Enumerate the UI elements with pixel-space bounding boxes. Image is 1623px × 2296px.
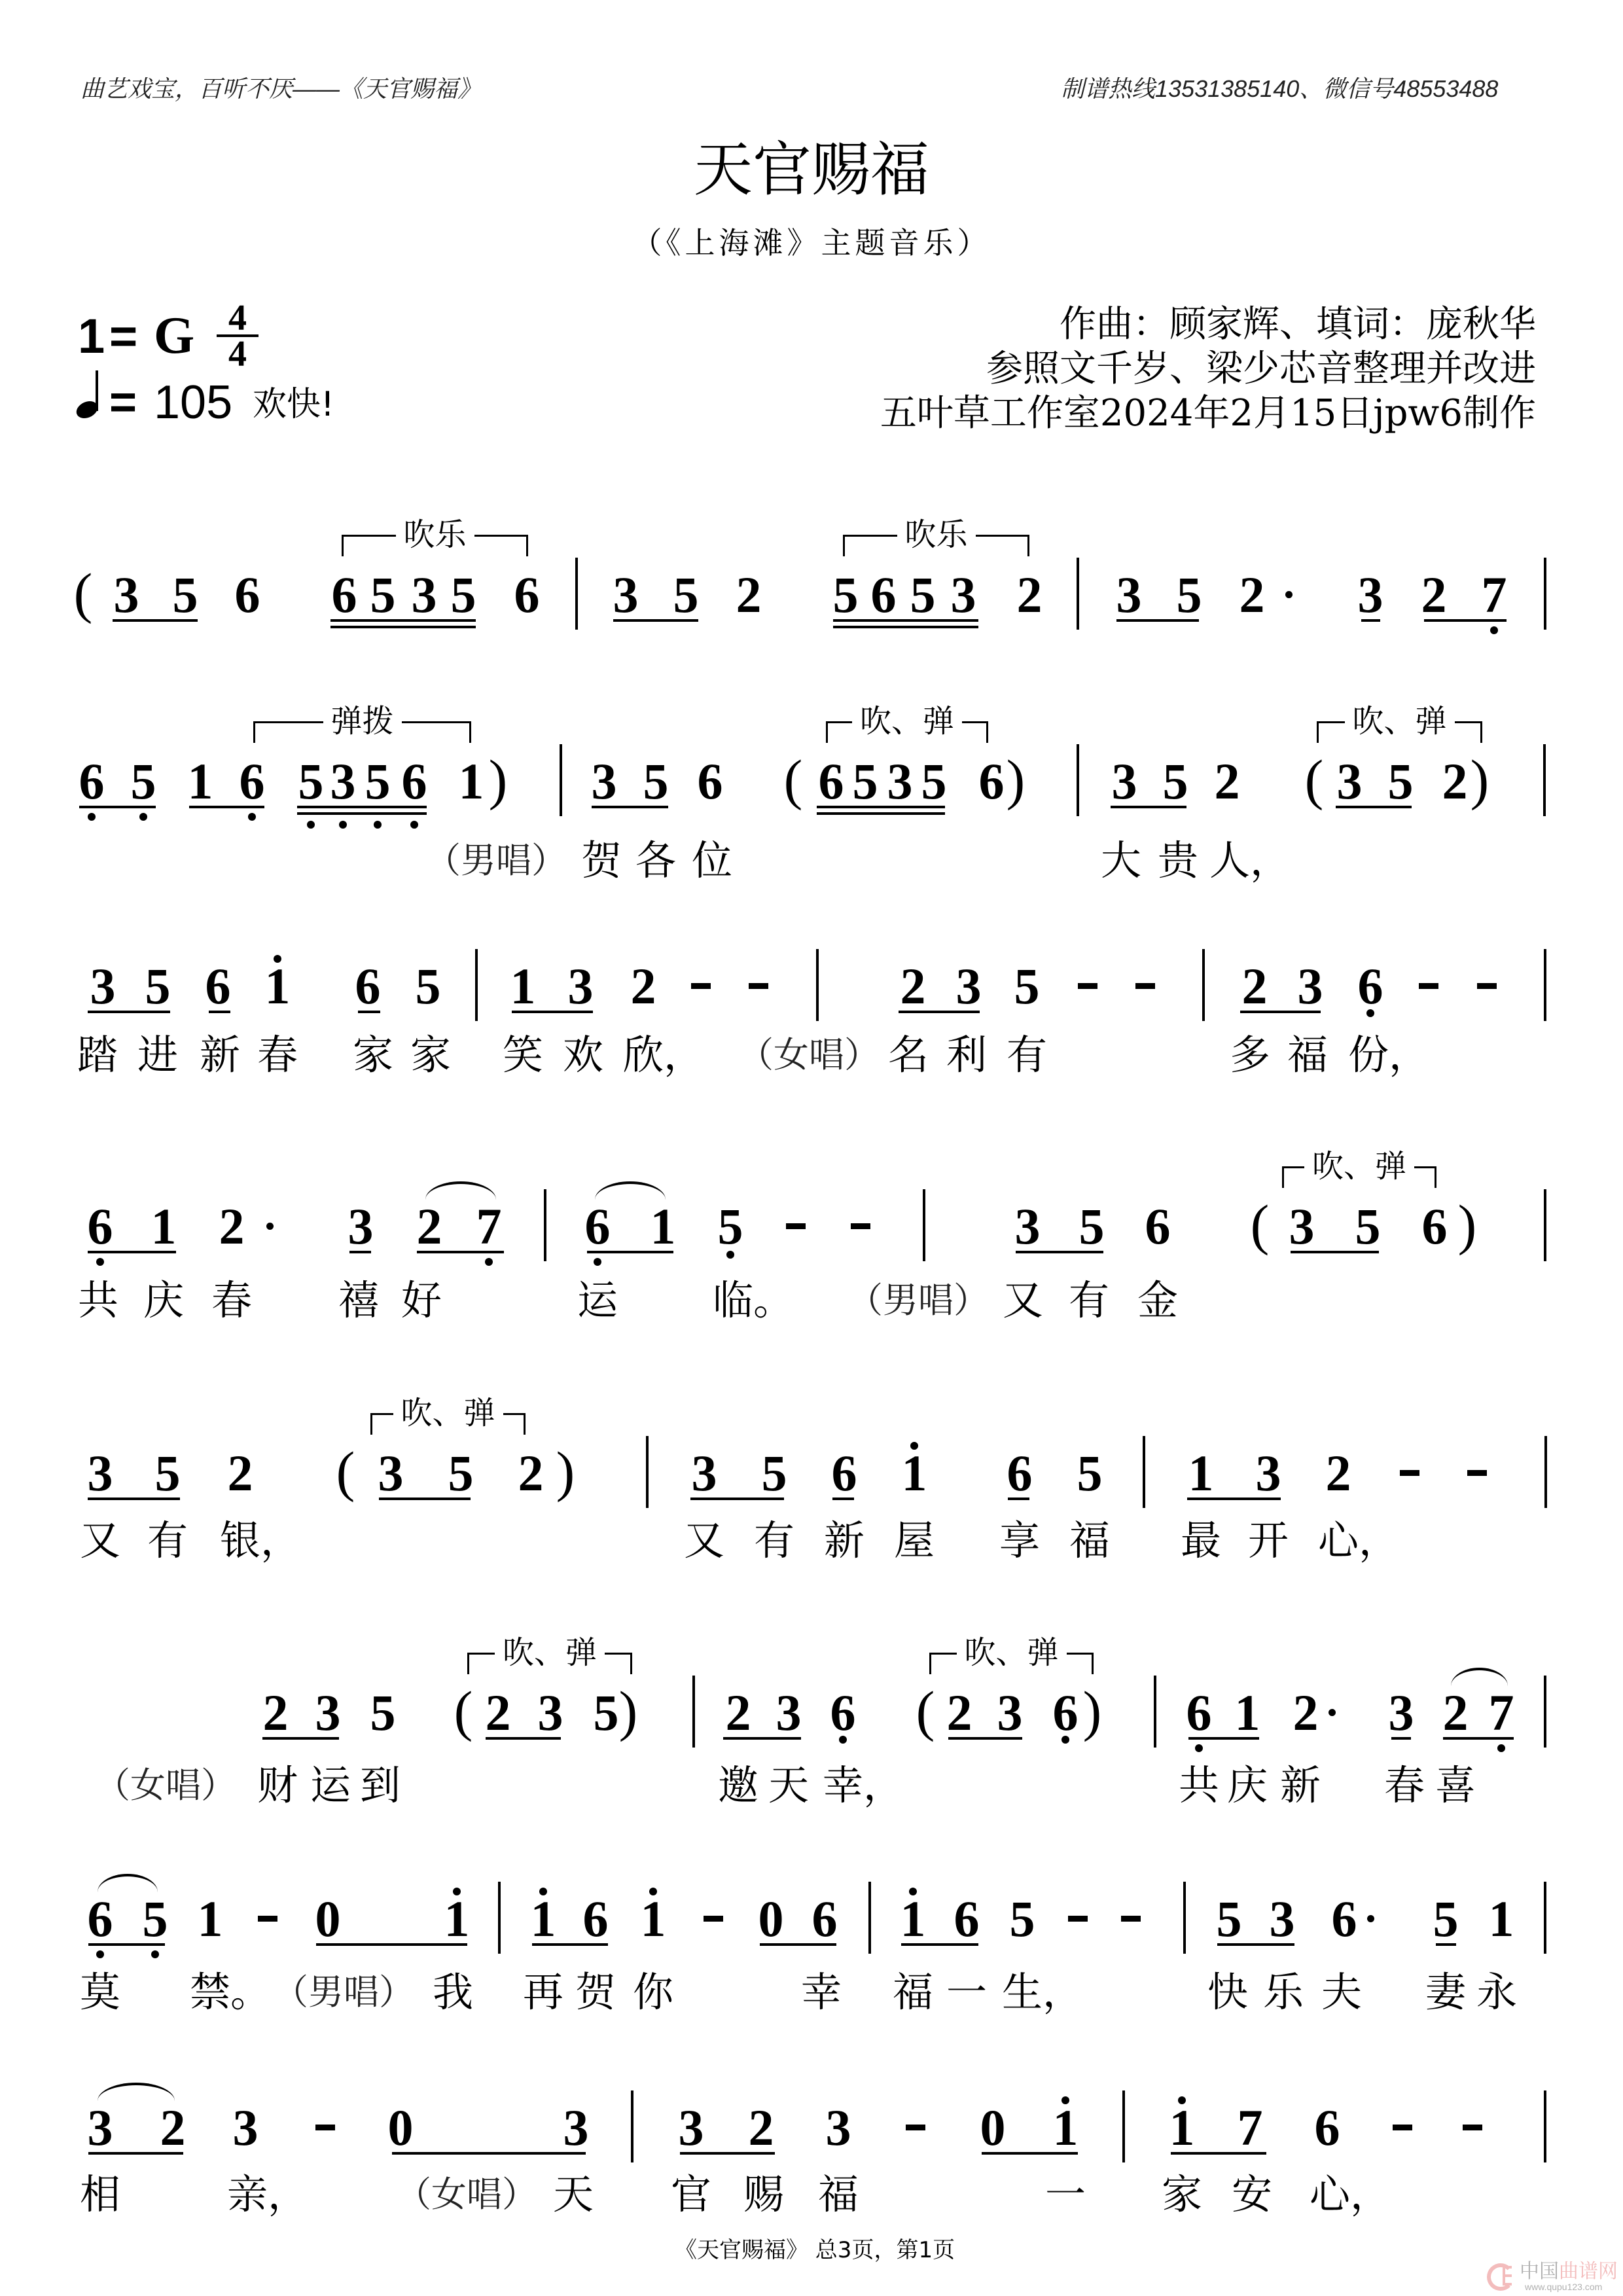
- barline: [1544, 1882, 1546, 1954]
- note: 6: [332, 569, 357, 620]
- barline: [475, 949, 478, 1021]
- lyric-char: 又: [1003, 1280, 1043, 1321]
- lyric-char: 幸，: [823, 1765, 904, 1806]
- barline: [1143, 1436, 1145, 1508]
- octave-dot-low: [96, 1258, 104, 1266]
- note: 5: [910, 569, 936, 620]
- note: 6: [812, 1893, 838, 1945]
- augmentation-dot: ·: [1285, 591, 1293, 598]
- bracket-paren: ): [556, 1443, 575, 1499]
- sustain-dash: -: [851, 1223, 870, 1229]
- note: 3: [348, 1201, 374, 1252]
- note: 3: [1112, 756, 1137, 807]
- note: 6: [1007, 1448, 1033, 1499]
- singer-role: （女唱）: [396, 2175, 537, 2214]
- octave-dot-low: [1497, 1744, 1505, 1752]
- note: 5: [853, 756, 878, 807]
- barline: [1202, 949, 1205, 1021]
- barline: [575, 558, 578, 630]
- note: 1: [531, 1893, 556, 1945]
- barline: [692, 1676, 695, 1748]
- note: 5: [370, 569, 396, 620]
- note: 1: [1489, 1893, 1514, 1945]
- lyric-char: 大: [1101, 840, 1141, 881]
- note: 3: [90, 961, 116, 1012]
- lyric-char: 夫: [1321, 1972, 1362, 2013]
- lyric-char: 一: [1045, 2174, 1086, 2215]
- note: 6: [88, 1201, 113, 1252]
- note: 3: [563, 2102, 589, 2153]
- note: 2: [1293, 1687, 1319, 1738]
- note: 0: [315, 1893, 341, 1945]
- lyric-char: 家: [410, 1035, 451, 1075]
- lyric-char: 欣，: [623, 1035, 704, 1075]
- augmentation-dot: ·: [1329, 1709, 1336, 1716]
- note: 5: [131, 756, 156, 807]
- note: 6: [355, 961, 381, 1012]
- lyric-char: 莫: [80, 1972, 120, 2013]
- barline: [1544, 558, 1546, 630]
- lyric-char: 新: [200, 1035, 240, 1075]
- bracket-right-hook: [976, 535, 1030, 556]
- augmentation-dot: ·: [1367, 1915, 1374, 1922]
- note: 5: [718, 1201, 743, 1252]
- note: 3: [826, 2102, 851, 2153]
- lyric-char: 享: [999, 1520, 1040, 1561]
- singer-role: （男唱）: [847, 1281, 989, 1320]
- note: 3: [330, 756, 356, 807]
- lyric-char: 各: [635, 840, 676, 881]
- note: 6: [830, 1687, 856, 1738]
- note: 3: [997, 1687, 1023, 1738]
- lyric-char: 位: [692, 840, 732, 881]
- note: 5: [1077, 1448, 1103, 1499]
- note: 2: [486, 1687, 511, 1738]
- sustain-dash: -: [1400, 1470, 1419, 1476]
- instrument-label: 吹乐: [396, 518, 474, 552]
- note: 5: [673, 569, 699, 620]
- instrument-bracket: 弹拨: [253, 704, 471, 750]
- lyric-char: 官: [671, 2174, 711, 2215]
- bracket-right-hook: [1455, 721, 1483, 743]
- bracket-left-hook: [253, 721, 323, 743]
- bracket-paren: (: [1305, 751, 1324, 808]
- barline: [631, 2090, 633, 2162]
- lyric-char: 春: [1384, 1765, 1425, 1806]
- bracket-paren: (: [74, 565, 93, 621]
- note: 3: [1289, 1201, 1315, 1252]
- lyric-char: 家: [353, 1035, 393, 1075]
- note: 5: [594, 1687, 619, 1738]
- lyric-char: 禁。: [190, 1972, 271, 2013]
- underline-beam: [833, 626, 978, 628]
- octave-dot-low: [726, 1251, 734, 1259]
- bracket-paren: ): [489, 751, 508, 808]
- barline: [1077, 744, 1079, 816]
- note: 2: [1443, 1687, 1469, 1738]
- note: 3: [1337, 756, 1363, 807]
- note: 0: [758, 1893, 784, 1945]
- lyric-char: 我: [433, 1972, 473, 2013]
- note: 7: [1482, 569, 1507, 620]
- note: 2: [726, 1687, 751, 1738]
- note: 1: [641, 1893, 666, 1945]
- note: 3: [378, 1448, 404, 1499]
- lyric-char: 财: [257, 1765, 298, 1806]
- note: 3: [88, 2102, 113, 2153]
- sustain-dash: -: [1419, 983, 1438, 989]
- note: 3: [951, 569, 976, 620]
- singer-role: （女唱）: [95, 1766, 236, 1805]
- lyric-char: 亲，: [227, 2174, 308, 2215]
- note: 3: [568, 961, 594, 1012]
- lyric-char: 人，: [1209, 840, 1291, 881]
- note: 6: [819, 756, 844, 807]
- bracket-paren: (: [454, 1683, 473, 1739]
- note: 6: [583, 1893, 609, 1945]
- instrument-bracket: 吹、弹: [1282, 1149, 1436, 1195]
- note: 6: [1186, 1687, 1212, 1738]
- lyric-char: 妻: [1425, 1972, 1466, 2013]
- note: 3: [887, 756, 913, 807]
- lyric-char: 新: [824, 1520, 865, 1561]
- lyric-char: 笑: [503, 1035, 543, 1075]
- note: 2: [1442, 756, 1468, 807]
- barline: [1543, 744, 1546, 816]
- lyric-char: 运: [577, 1280, 618, 1321]
- note: 5: [365, 756, 391, 807]
- lyric-char: 家: [1162, 2174, 1202, 2215]
- note: 5: [298, 756, 324, 807]
- lyric-char: 你: [633, 1972, 673, 2013]
- note: 3: [1116, 569, 1142, 620]
- watermark-name-a: 中国: [1520, 2260, 1559, 2283]
- note: 5: [416, 961, 441, 1012]
- note: 5: [1010, 1893, 1035, 1945]
- note: 2: [901, 961, 926, 1012]
- bracket-left-hook: [929, 1653, 957, 1674]
- lyric-char: 开: [1248, 1520, 1289, 1561]
- note: 6: [514, 569, 540, 620]
- bracket-right-hook: [402, 721, 472, 743]
- note: 5: [145, 961, 171, 1012]
- note: 3: [692, 1448, 717, 1499]
- lyric-char: 心，: [1318, 1520, 1399, 1561]
- lyric-char: 欢: [563, 1035, 603, 1075]
- jianpu-score: 吹乐吹乐(3566535635256532352·327弹拨吹、弹吹、弹6516…: [0, 0, 1623, 2296]
- note: 0: [980, 2102, 1006, 2153]
- note: 2: [631, 961, 656, 1012]
- note: 5: [1388, 756, 1414, 807]
- bracket-paren: ): [1458, 1196, 1477, 1253]
- note: 6: [954, 1893, 980, 1945]
- note: 6: [698, 756, 723, 807]
- note: 7: [1489, 1687, 1514, 1738]
- octave-dot-high: [1178, 2096, 1186, 2104]
- singer-role: （男唱）: [425, 841, 567, 880]
- note: 1: [265, 961, 291, 1012]
- sustain-dash: -: [1068, 1916, 1088, 1922]
- note: 6: [1315, 2102, 1340, 2153]
- instrument-label: 吹、弹: [495, 1636, 605, 1670]
- bracket-right-hook: [605, 1653, 632, 1674]
- note: 5: [370, 1687, 396, 1738]
- lyric-char: 春: [211, 1280, 252, 1321]
- instrument-bracket: 吹、弹: [1317, 704, 1482, 750]
- watermark-name-b: 曲谱网: [1559, 2260, 1618, 2283]
- lyric-char: 安: [1232, 2174, 1272, 2215]
- bracket-paren: (: [336, 1443, 355, 1499]
- barline: [1077, 558, 1079, 630]
- lyric-char: 心，: [1310, 2174, 1391, 2215]
- note: 5: [1433, 1893, 1459, 1945]
- instrument-label: 吹、弹: [1304, 1149, 1414, 1183]
- bracket-right-hook: [1067, 1653, 1094, 1674]
- note: 6: [832, 1448, 857, 1499]
- lyric-char: 有: [1007, 1035, 1047, 1075]
- octave-dot-low: [1366, 1009, 1374, 1017]
- bracket-left-hook: [370, 1413, 393, 1435]
- note: 0: [388, 2102, 414, 2153]
- bracket-paren: ): [619, 1683, 638, 1739]
- sustain-dash: -: [1467, 1470, 1487, 1476]
- bracket-right-hook: [962, 721, 988, 743]
- note: 5: [1163, 756, 1188, 807]
- lyric-char: 福: [893, 1972, 933, 2013]
- lyric-char: 贺: [581, 840, 622, 881]
- note: 3: [1389, 1687, 1414, 1738]
- note: 1: [188, 756, 213, 807]
- instrument-label: 吹、弹: [393, 1396, 503, 1430]
- note: 2: [228, 1448, 253, 1499]
- note: 5: [1217, 1893, 1242, 1945]
- barline: [560, 744, 562, 816]
- instrument-bracket: 吹、弹: [467, 1636, 632, 1681]
- bracket-paren: (: [1251, 1196, 1270, 1253]
- octave-dot-high: [453, 1888, 461, 1895]
- octave-dot-low: [1061, 1736, 1069, 1744]
- lyric-char: 福: [1287, 1035, 1328, 1075]
- lyric-char: 邀: [718, 1765, 758, 1806]
- instrument-bracket: 吹乐: [342, 518, 528, 564]
- note: 3: [114, 569, 139, 620]
- lyric-char: 相: [80, 2174, 120, 2215]
- lyric-char: 金: [1137, 1280, 1178, 1321]
- note: 2: [160, 2102, 186, 2153]
- octave-dot-low: [485, 1258, 493, 1266]
- lyric-char: 庆: [143, 1280, 184, 1321]
- sustain-dash: -: [258, 1916, 277, 1922]
- octave-dot-low: [839, 1736, 847, 1744]
- lyric-char: 运: [310, 1765, 351, 1806]
- singer-role: （女唱）: [738, 1035, 880, 1075]
- lyric-char: 永: [1476, 1972, 1517, 2013]
- bracket-left-hook: [342, 535, 396, 556]
- instrument-label: 吹、弹: [957, 1636, 1067, 1670]
- bracket-paren: (: [916, 1683, 935, 1739]
- note: 3: [538, 1687, 563, 1738]
- note: 2: [1240, 569, 1265, 620]
- bracket-paren: ): [1471, 751, 1489, 808]
- barline: [923, 1189, 925, 1261]
- note: 6: [1053, 1687, 1079, 1738]
- note: 2: [736, 569, 762, 620]
- lyric-char: 福: [818, 2174, 859, 2215]
- note: 2: [518, 1448, 544, 1499]
- note: 3: [613, 569, 639, 620]
- octave-dot-low: [1490, 626, 1498, 634]
- barline: [1544, 1676, 1546, 1748]
- note: 3: [776, 1687, 802, 1738]
- bracket-left-hook: [1282, 1166, 1304, 1188]
- note: 2: [749, 2102, 774, 2153]
- note: 1: [901, 1893, 926, 1945]
- note: 5: [921, 756, 947, 807]
- note: 2: [417, 1201, 442, 1252]
- barline: [646, 1436, 649, 1508]
- barline: [1544, 1436, 1547, 1508]
- note: 3: [956, 961, 982, 1012]
- instrument-label: 吹、弹: [852, 704, 962, 738]
- note: 5: [1079, 1201, 1105, 1252]
- lyric-char: 又: [80, 1520, 120, 1561]
- lyric-char: 禧: [338, 1280, 379, 1321]
- lyric-char: 利: [946, 1035, 987, 1075]
- note: 6: [1332, 1893, 1357, 1945]
- note: 1: [1235, 1687, 1260, 1738]
- lyric-char: 有: [1069, 1280, 1109, 1321]
- note: 1: [198, 1893, 223, 1945]
- lyric-char: 多: [1230, 1035, 1270, 1075]
- watermark-site-name: 中国曲谱网: [1520, 2261, 1618, 2283]
- bracket-paren: ): [1007, 751, 1026, 808]
- note: 7: [476, 1201, 502, 1252]
- note: 1: [510, 961, 536, 1012]
- note: 5: [1177, 569, 1202, 620]
- note: 2: [1215, 756, 1240, 807]
- note: 6: [205, 961, 231, 1012]
- lyric-char: 份，: [1348, 1035, 1429, 1075]
- sustain-dash: -: [1078, 983, 1097, 989]
- note: 5: [1355, 1201, 1381, 1252]
- note: 6: [979, 756, 1005, 807]
- lyric-char: 名: [888, 1035, 929, 1075]
- note: 5: [173, 569, 198, 620]
- lyric-char: 有: [754, 1520, 794, 1561]
- lyric-char: 有: [147, 1520, 188, 1561]
- barline: [1544, 2090, 1546, 2162]
- underline-beam: [392, 2152, 586, 2155]
- bracket-right-hook: [1414, 1166, 1436, 1188]
- octave-dot-high: [910, 1442, 918, 1450]
- octave-dot-high: [539, 1888, 547, 1895]
- lyric-char: 到: [360, 1765, 401, 1806]
- barline: [1183, 1882, 1186, 1954]
- lyric-char: 喜: [1435, 1765, 1476, 1806]
- octave-dot-low: [410, 821, 418, 829]
- octave-dot-low: [248, 813, 256, 821]
- sustain-dash: -: [691, 983, 711, 989]
- note: 3: [88, 1448, 113, 1499]
- octave-dot-low: [374, 821, 382, 829]
- note: 2: [1326, 1448, 1351, 1499]
- augmentation-dot: ·: [266, 1223, 274, 1230]
- lyric-char: 快: [1207, 1972, 1248, 2013]
- bracket-paren: (: [784, 751, 803, 808]
- sustain-dash: -: [704, 1916, 723, 1922]
- note: 6: [585, 1201, 611, 1252]
- note: 3: [1298, 961, 1323, 1012]
- note: 5: [448, 1448, 474, 1499]
- note: 1: [1169, 2102, 1195, 2153]
- bracket-right-hook: [503, 1413, 526, 1435]
- lyric-char: 临。: [713, 1280, 794, 1321]
- barline: [1544, 1189, 1546, 1261]
- instrument-label: 吹、弹: [1345, 704, 1455, 738]
- note: 5: [833, 569, 859, 620]
- qupu-logo-e-icon: [1503, 2266, 1512, 2286]
- lyric-char: 一: [946, 1972, 987, 2013]
- octave-dot-low: [96, 1950, 104, 1958]
- note: 1: [151, 1201, 177, 1252]
- bracket-left-hook: [826, 721, 852, 743]
- note: 2: [1017, 569, 1043, 620]
- note: 5: [643, 756, 669, 807]
- note: 3: [592, 756, 617, 807]
- note: 1: [1188, 1448, 1214, 1499]
- lyric-char: 踏: [77, 1035, 118, 1075]
- lyric-char: 再: [523, 1972, 563, 2013]
- instrument-label: 弹拨: [323, 704, 402, 738]
- note: 1: [651, 1201, 676, 1252]
- sustain-dash: -: [749, 983, 768, 989]
- octave-dot-high: [909, 1888, 917, 1895]
- note: 3: [679, 2102, 704, 2153]
- barline: [816, 949, 819, 1021]
- watermark-url: www.qupu123.com: [1525, 2282, 1602, 2292]
- note: 5: [1014, 961, 1040, 1012]
- octave-dot-low: [151, 1950, 159, 1958]
- underline-beam: [297, 812, 427, 815]
- barline: [1122, 2090, 1125, 2162]
- note: 2: [219, 1201, 245, 1252]
- note: 3: [1358, 569, 1383, 620]
- note: 3: [1270, 1893, 1295, 1945]
- sustain-dash: -: [1463, 2125, 1482, 2130]
- note: 6: [88, 1893, 113, 1945]
- sustain-dash: -: [1393, 2125, 1412, 2130]
- singer-role: （男唱）: [273, 1973, 414, 2012]
- lyric-char: 贵: [1158, 840, 1198, 881]
- lyric-char: 春: [257, 1035, 298, 1075]
- lyric-char: 进: [137, 1035, 178, 1075]
- barline: [1544, 949, 1546, 1021]
- octave-dot-low: [1195, 1744, 1203, 1752]
- bracket-left-hook: [843, 535, 897, 556]
- instrument-bracket: 吹、弹: [929, 1636, 1094, 1681]
- lyric-char: 天: [768, 1765, 809, 1806]
- lyric-char: 屋: [894, 1520, 935, 1561]
- octave-dot-low: [594, 1258, 601, 1266]
- bracket-left-hook: [1317, 721, 1345, 743]
- octave-dot-low: [339, 821, 347, 829]
- note: 2: [1242, 961, 1268, 1012]
- sustain-dash: -: [315, 2125, 335, 2130]
- note: 1: [1053, 2102, 1079, 2153]
- lyric-char: 庆: [1227, 1765, 1268, 1806]
- lyric-char: 幸: [801, 1972, 842, 2013]
- instrument-bracket: 吹、弹: [370, 1396, 526, 1442]
